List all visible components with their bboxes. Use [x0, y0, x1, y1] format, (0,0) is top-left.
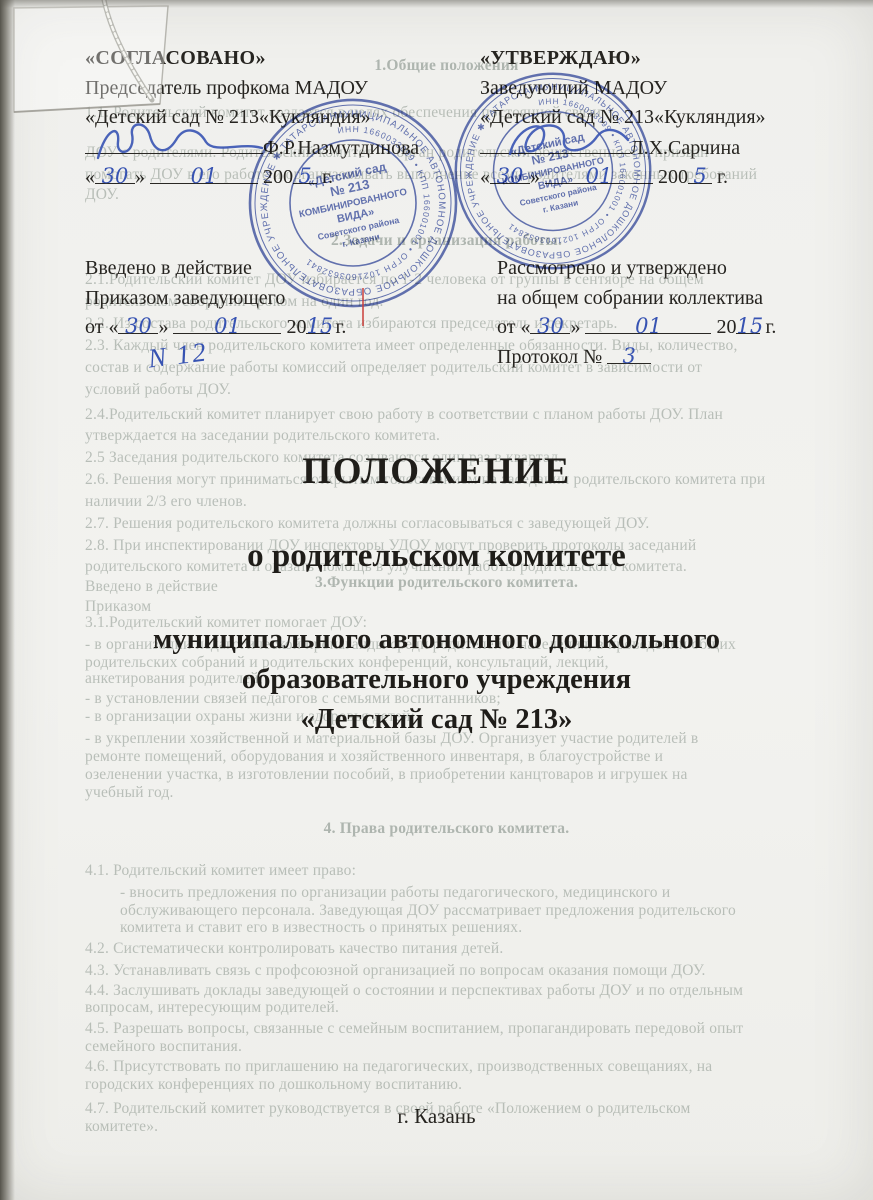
bleed-line: наличии 2/3 его членов.: [85, 493, 853, 510]
handwritten-year: 15: [736, 314, 763, 338]
protocol-row: Протокол № 3: [497, 343, 776, 373]
bleed-line: озеленении участка, в изготовлении пособ…: [85, 766, 853, 783]
bleed-line: утверждается на заседании родительского …: [85, 427, 853, 444]
scan-edge-shadow: [0, 0, 15, 1200]
year-suffix: г.: [717, 166, 728, 188]
bleed-line: 4.4. Заслушивать доклады заведующей о со…: [85, 982, 853, 999]
red-ink-mark: [362, 288, 364, 326]
bleed-line: 4.6. Присутствовать по приглашению на пе…: [85, 1058, 853, 1075]
year-printed: 20: [716, 316, 736, 338]
bleed-line: комитета и ставит его в известность о пр…: [120, 919, 853, 936]
handwritten-year: 5: [693, 164, 706, 188]
signature-approved: [498, 112, 648, 164]
bleed-line: 3.Функции родительского комитета.: [60, 574, 833, 591]
bleed-line: городских конференциях по дошкольному во…: [85, 1076, 853, 1093]
main-title: ПОЛОЖЕНИЕ: [0, 450, 873, 493]
bleed-line: учебный год.: [85, 784, 853, 801]
bleed-line: вопросам, интересующим родителей.: [85, 999, 853, 1016]
handwritten-month: 01: [635, 314, 662, 338]
bleed-line: 4.3. Устанавливать связь с профсоюзной о…: [85, 962, 853, 979]
bleed-line: 2.4.Родительский комитет планирует свою …: [85, 406, 853, 423]
bleed-line: 4.5. Разрешать вопросы, связанные с семе…: [85, 1020, 853, 1037]
corner-fold-and-thread: [0, 0, 260, 180]
year-suffix: г.: [765, 316, 776, 338]
bleed-line: 4.1. Родительский комитет имеет право:: [85, 862, 853, 879]
bleed-line: 4.2. Систематически контролировать качес…: [85, 940, 853, 957]
handwritten-month: 01: [214, 314, 241, 338]
reviewed-date-row: от «30» 01 2015 г.: [497, 313, 776, 343]
handwritten-day: 30: [125, 314, 152, 338]
bleed-line: - вносить предложения по организации раб…: [120, 884, 853, 901]
year-suffix: г.: [335, 316, 346, 338]
scanned-document-page: 1.Общие положения1.1. Родительский комит…: [0, 0, 873, 1200]
bleed-line: семейного воспитания.: [85, 1038, 853, 1055]
bleed-line: 4. Права родительского комитета.: [60, 820, 833, 837]
quote-open: «: [520, 316, 530, 338]
org-title-line1: муниципального автономного дошкольного: [0, 620, 873, 660]
subtitle: о родительском комитете: [0, 538, 873, 575]
bleed-line: обслуживающего персонала. Заведующая ДОУ…: [120, 902, 853, 919]
quote-close: »: [570, 316, 580, 338]
date-prefix: от: [85, 316, 103, 338]
org-title-line2: образовательного учреждения: [0, 660, 873, 700]
scan-edge-shadow-top: [0, 0, 873, 8]
handwritten-protocol-number: 3: [622, 344, 635, 368]
bleed-line: ремонте помещений, оборудования и хозяйс…: [85, 748, 853, 765]
year-printed: 200: [658, 166, 688, 188]
reviewed-line2: на общем собрании коллектива: [497, 284, 776, 314]
bleed-line: 2.7. Решения родительского комитета долж…: [85, 515, 853, 532]
quote-open: «: [108, 316, 118, 338]
bleed-line: Приказом: [85, 598, 853, 615]
org-title-line3: «Детский сад № 213»: [0, 700, 873, 740]
date-prefix: от: [497, 316, 515, 338]
quote-close: »: [158, 316, 168, 338]
handwritten-day: 30: [537, 314, 564, 338]
round-stamp-right: МУНИЦИПАЛЬНОЕ АВТОНОМНОЕ ДОШКОЛЬНОЕ ОБРА…: [433, 51, 673, 291]
protocol-label: Протокол №: [497, 346, 602, 368]
city-label: г. Казань: [0, 1104, 873, 1129]
bleed-line: условий работы ДОУ.: [85, 381, 853, 398]
